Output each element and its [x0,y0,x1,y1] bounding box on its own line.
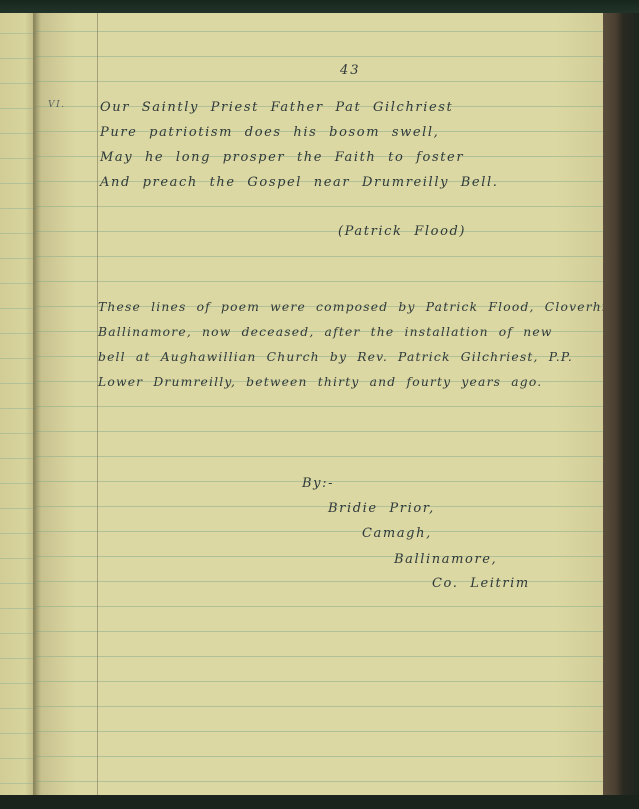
note-line: bell at Aughawillian Church by Rev. Patr… [98,350,573,364]
book-spine [603,13,639,795]
margin-rule [97,13,98,795]
poem-attribution: (Patrick Flood) [338,224,466,239]
signature-name: Bridie Prior, [328,501,435,516]
poem-line: And preach the Gospel near Drumreilly Be… [100,175,498,190]
poem-line: Our Saintly Priest Father Pat Gilchriest [100,100,453,115]
note-line: Lower Drumreilly, between thirty and fou… [98,375,542,389]
scanner-background-bottom [0,795,639,809]
signature-address-townland: Camagh, [362,526,432,541]
signature-address-town: Ballinamore, [394,552,497,567]
poem-line: Pure patriotism does his bosom swell, [100,125,439,140]
signature-by: By:- [302,476,334,491]
page-number: 43 [340,63,361,78]
gutter-shadow [33,13,41,795]
stanza-number: VI. [48,100,66,110]
note-line: These lines of poem were composed by Pat… [98,300,622,314]
poem-line: May he long prosper the Faith to foster [100,150,464,165]
scanner-background-top [0,0,639,14]
note-line: Ballinamore, now deceased, after the ins… [98,325,553,339]
facing-page-edge [0,13,36,795]
notebook-page: 43 VI. Our Saintly Priest Father Pat Gil… [36,13,603,797]
signature-address-county: Co. Leitrim [432,576,530,591]
